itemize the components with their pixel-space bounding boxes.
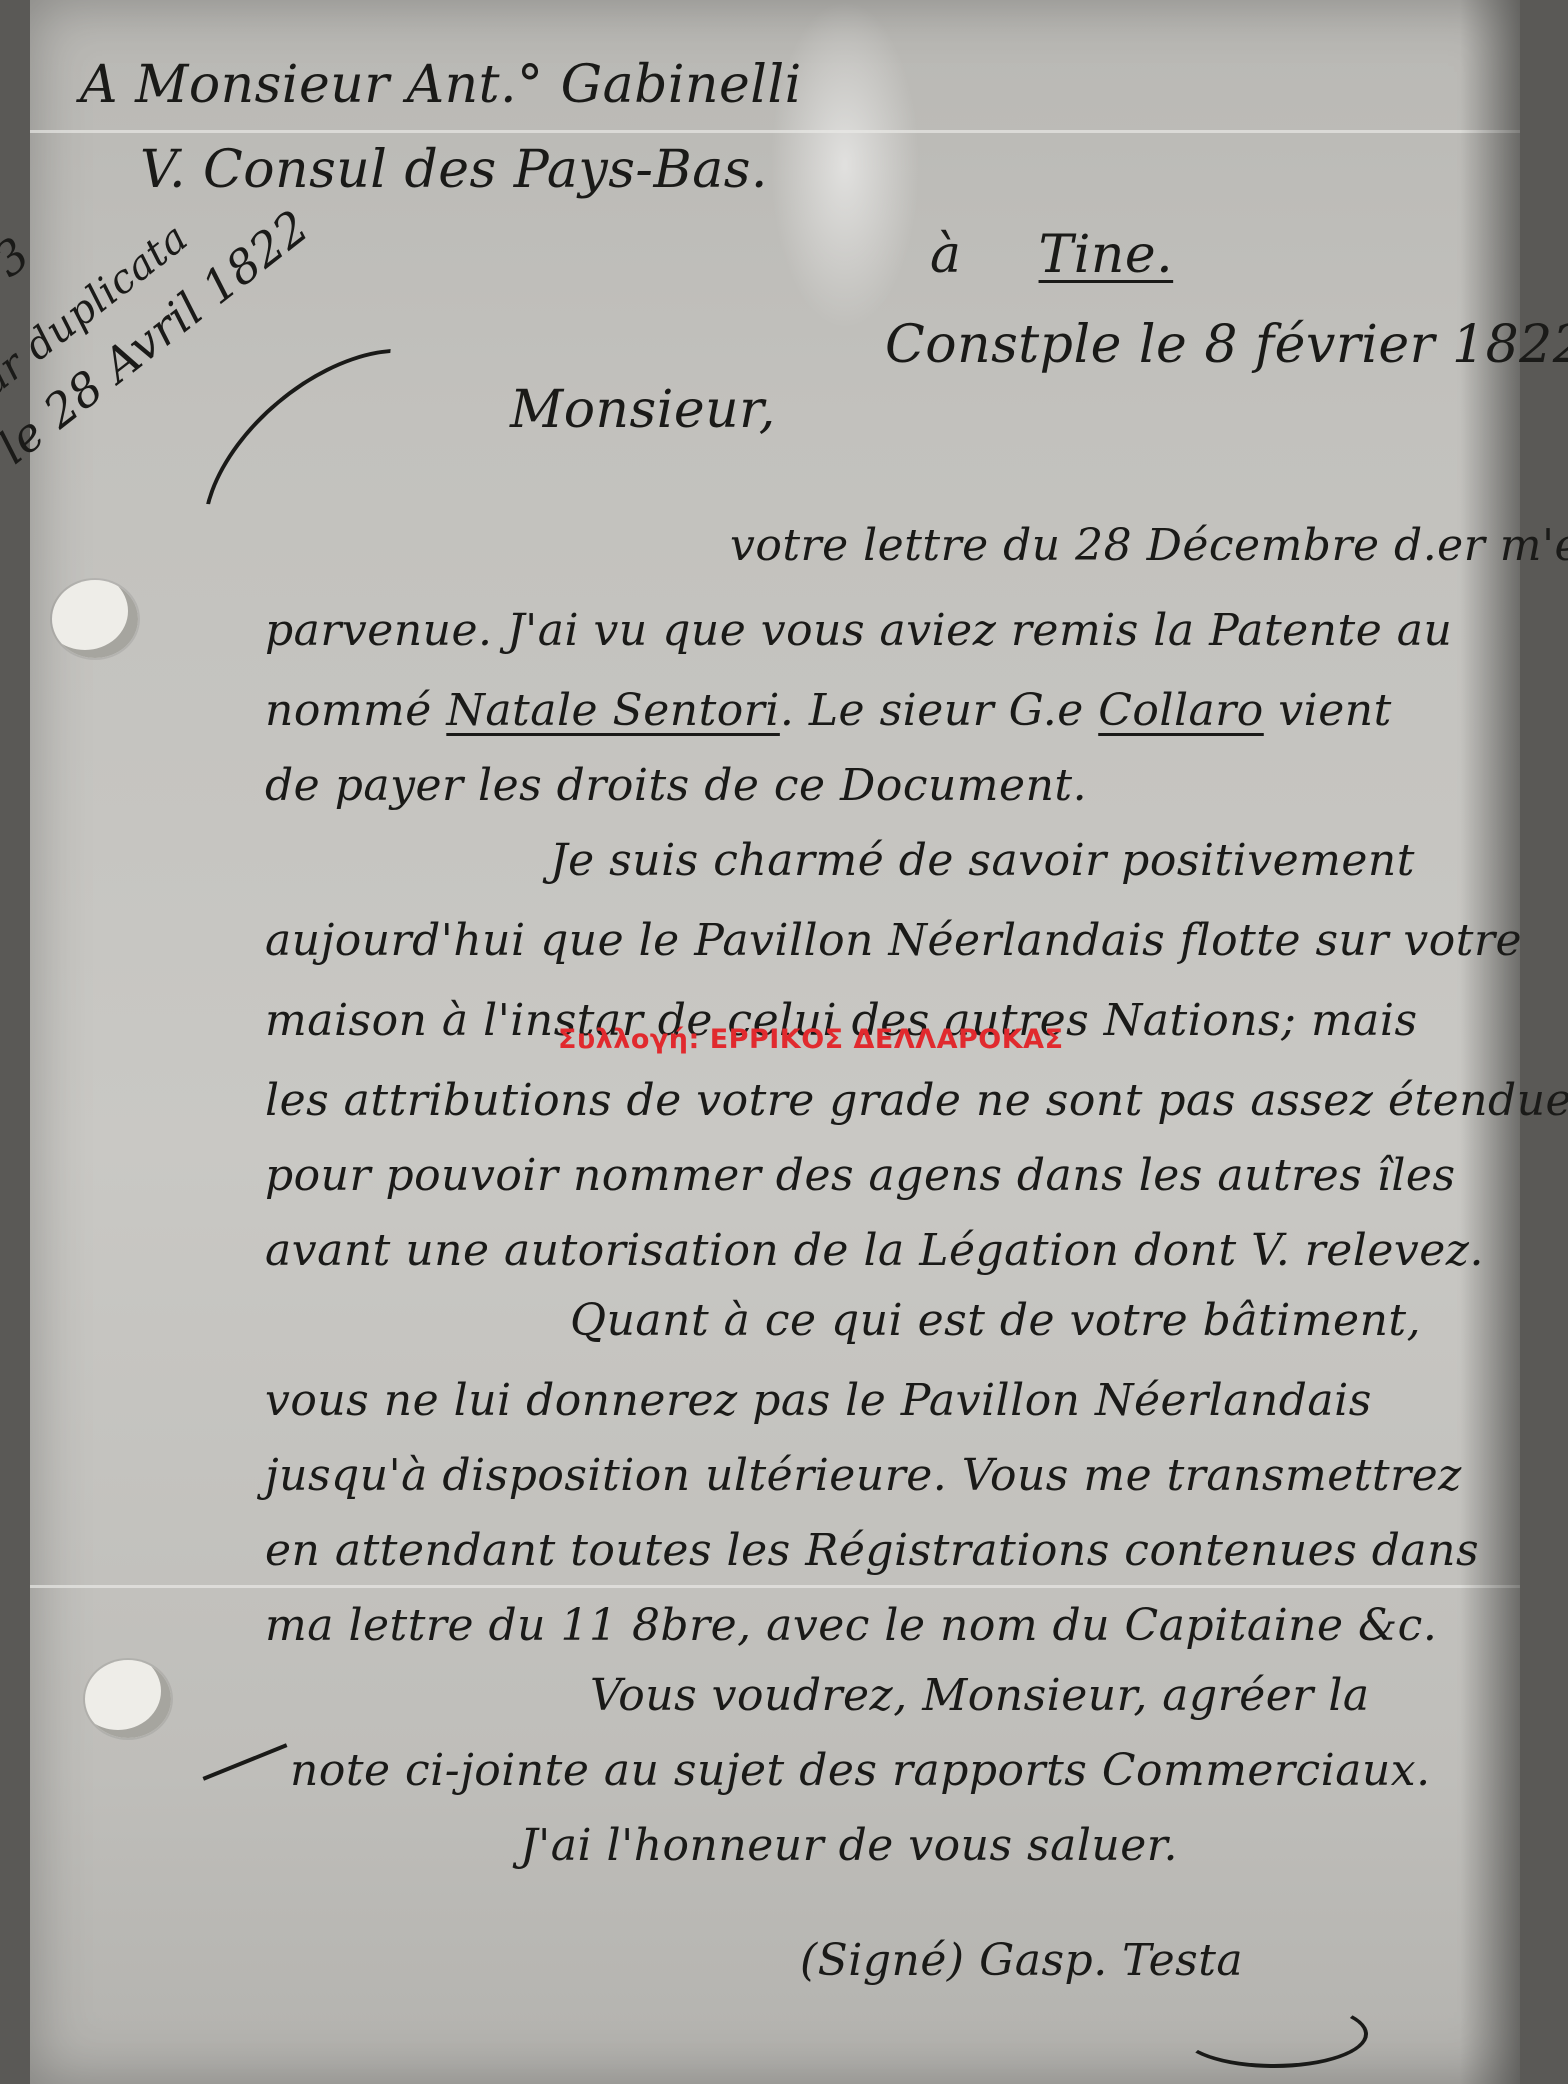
letter-page: A Monsieur Ant.° Gabinelli V. Consul des… [30, 0, 1520, 2084]
p3-line-2: vous ne lui donnerez pas le Pavillon Née… [265, 1375, 1372, 1426]
p2-line-4: les attributions de votre grade ne sont … [265, 1075, 1568, 1126]
light-glare [770, 0, 920, 330]
p3-line-4: en attendant toutes les Régistrations co… [265, 1525, 1479, 1576]
text: nommé [265, 685, 446, 736]
p3-line-5: ma lettre du 11 8bre, avec le nom du Cap… [265, 1600, 1437, 1651]
text: . Le sieur G.e [780, 685, 1098, 736]
margin-dash [203, 1743, 288, 1780]
p1-line-4: de payer les droits de ce Document. [265, 760, 1087, 811]
p3-line-3: jusqu'à disposition ultérieure. Vous me … [265, 1450, 1462, 1501]
destination-prefix: à [930, 225, 962, 285]
p2-line-5: pour pouvoir nommer des agens dans les a… [265, 1150, 1456, 1201]
signature-flourish [1180, 2000, 1368, 2068]
dateline: Constple le 8 février 1822. [885, 315, 1568, 375]
destination-place: Tine. [1039, 225, 1174, 285]
fold-line [30, 1585, 1520, 1588]
p2-line-1: Je suis charmé de savoir positivement [550, 835, 1415, 886]
page-edge-shadow [1460, 0, 1520, 2084]
signature: (Signé) Gasp. Testa [800, 1935, 1243, 1986]
p1-line-2: parvenue. J'ai vu que vous aviez remis l… [265, 605, 1452, 656]
p4-line-1: Vous voudrez, Monsieur, agréer la [590, 1670, 1370, 1721]
fold-line [30, 130, 1520, 133]
destination: à Tine. [930, 225, 1173, 285]
closing-formula: J'ai l'honneur de vous saluer. [520, 1820, 1178, 1871]
p1-line-3: nommé Natale Sentori. Le sieur G.e Colla… [265, 685, 1392, 736]
binder-hole-bottom [85, 1660, 171, 1738]
p1-line-1: votre lettre du 28 Décembre d.er m'est [730, 520, 1568, 571]
p2-line-2: aujourd'hui que le Pavillon Néerlandais … [265, 915, 1522, 966]
binder-hole-top [52, 580, 138, 658]
name-natale-sentori: Natale Sentori [446, 685, 780, 736]
collection-watermark: Συλλογή: ΕΡΡΙΚΟΣ ΔΕΛΛΑΡΟΚΑΣ [558, 1024, 1064, 1055]
p4-line-2: note ci-jointe au sujet des rapports Com… [290, 1745, 1431, 1796]
salutation: Monsieur, [510, 380, 776, 440]
text: vient [1264, 685, 1392, 736]
p2-line-6: avant une autorisation de la Légation do… [265, 1225, 1484, 1276]
name-collaro: Collaro [1098, 685, 1264, 736]
p3-line-1: Quant à ce qui est de votre bâtiment, [570, 1295, 1421, 1346]
